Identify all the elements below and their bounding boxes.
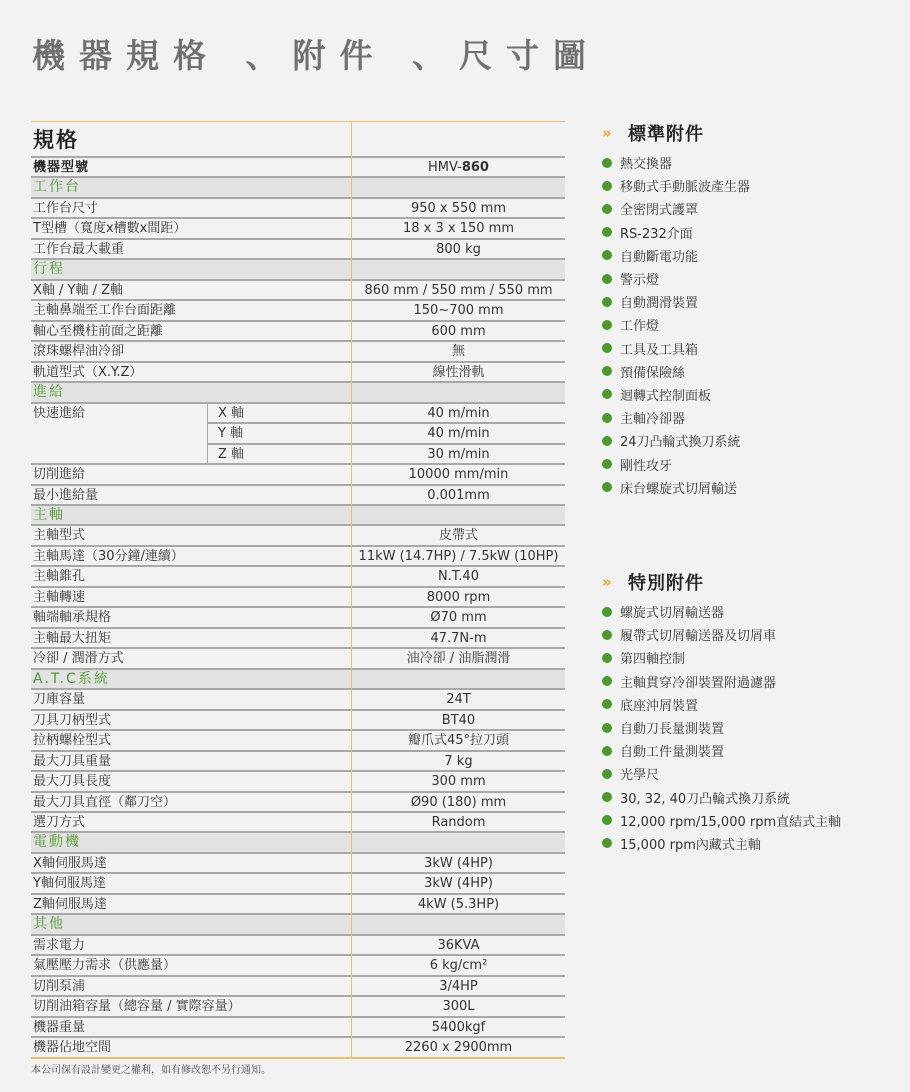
bullet-icon <box>602 723 612 733</box>
accessory-item: 剛性攻牙 <box>602 452 902 475</box>
spec-row: 需求電力36KVA <box>31 936 565 956</box>
accessory-label: 移動式手動脈波產生器 <box>620 176 750 195</box>
accessory-label: 熱交換器 <box>620 153 672 172</box>
spec-label: 冷卻 / 潤滑方式 <box>33 649 124 668</box>
bullet-icon <box>602 389 612 399</box>
bullet-icon <box>602 158 612 168</box>
spec-label: 最大刀具長度 <box>33 772 111 791</box>
spec-row: 切削泵浦3/4HP <box>31 977 565 997</box>
spec-row: 拉柄螺栓型式瓣爪式45°拉刀頭 <box>31 731 565 751</box>
spec-row: 軌道型式（X.Y.Z）線性滑軌 <box>31 363 565 383</box>
spec-value: 40 m/min <box>352 404 565 423</box>
spec-row: 主軸錐孔N.T.40 <box>31 567 565 587</box>
accessory-item: 工具及工具箱 <box>602 337 902 360</box>
spec-label: 快速進給 <box>33 404 85 423</box>
model-label: 機器型號 <box>33 158 89 177</box>
accessory-label: 主軸貫穿冷卻裝置附過濾器 <box>620 672 776 691</box>
spec-label: 切削油箱容量（總容量 / 實際容量） <box>33 997 241 1016</box>
bullet-icon <box>602 676 612 686</box>
spec-label: 主軸型式 <box>33 526 85 545</box>
spec-value: BT40 <box>352 711 565 730</box>
spec-label: 主軸鼻端至工作台面距離 <box>33 301 176 320</box>
spec-row: 滾珠螺桿油冷卻無 <box>31 342 565 362</box>
spec-value: 150~700 mm <box>352 301 565 320</box>
accessory-item: 主軸冷卻器 <box>602 406 902 429</box>
spec-row: T型槽（寬度x槽數x間距）18 x 3 x 150 mm <box>31 219 565 239</box>
spec-table-title-row: 規格 <box>31 122 565 158</box>
accessory-label: 24刀凸輪式換刀系統 <box>620 431 741 450</box>
accessory-item: 主軸貫穿冷卻裝置附過濾器 <box>602 670 902 693</box>
spec-value: 瓣爪式45°拉刀頭 <box>352 731 565 750</box>
section-label: A.T.C系統 <box>33 670 110 689</box>
spec-value: N.T.40 <box>352 567 565 586</box>
spec-label: 軸心至機柱前面之距離 <box>33 322 163 341</box>
spec-label: X軸 / Y軸 / Z軸 <box>33 281 123 300</box>
spec-row: 刀庫容量24T <box>31 690 565 710</box>
section-label: 其他 <box>33 915 65 934</box>
bullet-icon <box>602 343 612 353</box>
bullet-icon <box>602 630 612 640</box>
spec-row: 氣壓壓力需求（供應量）6 kg/cm² <box>31 956 565 976</box>
accessory-item: 30, 32, 40刀凸輪式換刀系統 <box>602 786 902 809</box>
spec-value: 4kW (5.3HP) <box>352 895 565 914</box>
spec-label: 工作台尺寸 <box>33 199 98 218</box>
section-label: 工作台 <box>33 178 81 197</box>
bullet-icon <box>602 482 612 492</box>
spec-table: 規格 機器型號 HMV-860 工作台工作台尺寸950 x 550 mmT型槽（… <box>31 121 565 1059</box>
spec-label: 主軸錐孔 <box>33 567 85 586</box>
accessory-label: 工作燈 <box>620 315 659 334</box>
accessory-item: RS-232介面 <box>602 221 902 244</box>
spec-value: 47.7N-m <box>352 629 565 648</box>
accessory-label: 床台螺旋式切屑輸送 <box>620 478 737 497</box>
section-header-row: 進給 <box>31 383 565 403</box>
spec-value: 800 kg <box>352 240 565 259</box>
spec-value: 7 kg <box>352 752 565 771</box>
spec-value: 5400kgf <box>352 1018 565 1037</box>
accessory-item: 全密閉式護罩 <box>602 197 902 220</box>
accessory-label: 全密閉式護罩 <box>620 199 698 218</box>
spec-row: 切削進給10000 mm/min <box>31 465 565 485</box>
accessory-item: 底座沖屑裝置 <box>602 693 902 716</box>
accessory-label: 30, 32, 40刀凸輪式換刀系統 <box>620 788 790 807</box>
spec-label: 需求電力 <box>33 936 85 955</box>
bullet-icon <box>602 274 612 284</box>
spec-label: 氣壓壓力需求（供應量） <box>33 956 176 975</box>
spec-label: 機器佔地空間 <box>33 1038 111 1057</box>
accessory-item: 履帶式切屑輸送器及切屑車 <box>602 623 902 646</box>
axis-column-divider <box>207 445 208 463</box>
spec-label: 主軸轉速 <box>33 588 85 607</box>
spec-row: 工作台最大載重800 kg <box>31 240 565 260</box>
footnote: 本公司保有設計變更之權利，如有修改恕不另行通知。 <box>31 1061 271 1076</box>
spec-value: 3kW (4HP) <box>352 874 565 893</box>
bullet-icon <box>602 436 612 446</box>
spec-row: 軸心至機柱前面之距離600 mm <box>31 322 565 342</box>
bullet-icon <box>602 413 612 423</box>
spec-label: 拉柄螺栓型式 <box>33 731 111 750</box>
accessory-label: 自動工件量測裝置 <box>620 741 724 760</box>
accessory-item: 自動斷電功能 <box>602 244 902 267</box>
bullet-icon <box>602 653 612 663</box>
spec-label: 最大刀具重量 <box>33 752 111 771</box>
axis-label: Z 軸 <box>218 445 244 464</box>
accessory-label: 預備保險絲 <box>620 362 685 381</box>
spec-row: 主軸馬達（30分鐘/連續）11kW (14.7HP) / 7.5kW (10HP… <box>31 547 565 567</box>
axis-column-divider <box>207 404 208 424</box>
spec-value: 36KVA <box>352 936 565 955</box>
spec-value: 300L <box>352 997 565 1016</box>
bullet-icon <box>602 699 612 709</box>
accessory-label: 履帶式切屑輸送器及切屑車 <box>620 625 776 644</box>
spec-table-title: 規格 <box>33 122 79 158</box>
spec-value: Random <box>352 813 565 832</box>
section-header-row: 工作台 <box>31 178 565 198</box>
spec-row: 最小進給量0.001mm <box>31 486 565 506</box>
spec-label: 軌道型式（X.Y.Z） <box>33 363 142 382</box>
spec-row: 主軸鼻端至工作台面距離150~700 mm <box>31 301 565 321</box>
spec-row: 主軸轉速8000 rpm <box>31 588 565 608</box>
spec-value: 2260 x 2900mm <box>352 1038 565 1057</box>
section-header-row: A.T.C系統 <box>31 670 565 690</box>
spec-label: 切削泵浦 <box>33 977 85 996</box>
bullet-icon <box>602 181 612 191</box>
accessory-item: 15,000 rpm內藏式主軸 <box>602 832 902 855</box>
spec-label: X軸伺服馬達 <box>33 854 107 873</box>
column-divider <box>351 121 352 1058</box>
accessory-label: 工具及工具箱 <box>620 339 698 358</box>
accessory-item: 移動式手動脈波產生器 <box>602 174 902 197</box>
spec-label: Y軸伺服馬達 <box>33 874 106 893</box>
spec-label: 機器重量 <box>33 1018 85 1037</box>
accessory-item: 12,000 rpm/15,000 rpm直結式主軸 <box>602 809 902 832</box>
spec-label: 主軸最大扭矩 <box>33 629 111 648</box>
spec-label: T型槽（寬度x槽數x間距） <box>33 219 186 238</box>
accessory-label: 主軸冷卻器 <box>620 408 685 427</box>
optional-accessories: » 特別附件 螺旋式切屑輸送器履帶式切屑輸送器及切屑車第四軸控制主軸貫穿冷卻裝置… <box>602 570 902 855</box>
accessory-label: 自動斷電功能 <box>620 246 698 265</box>
accessory-item: 螺旋式切屑輸送器 <box>602 600 902 623</box>
model-row: 機器型號 HMV-860 <box>31 158 565 178</box>
accessory-item: 第四軸控制 <box>602 646 902 669</box>
spec-row: 刀具刀柄型式BT40 <box>31 711 565 731</box>
spec-value: 30 m/min <box>352 445 565 464</box>
spec-row: X軸 / Y軸 / Z軸860 mm / 550 mm / 550 mm <box>31 281 565 301</box>
bullet-icon <box>602 297 612 307</box>
spec-row: 最大刀具長度300 mm <box>31 772 565 792</box>
accessory-item: 自動工件量測裝置 <box>602 739 902 762</box>
spec-label: 刀庫容量 <box>33 690 85 709</box>
accessory-item: 光學尺 <box>602 762 902 785</box>
bullet-icon <box>602 204 612 214</box>
page-title: 機器規格 、附件 、尺寸圖 <box>32 30 600 77</box>
accessory-item: 24刀凸輪式換刀系統 <box>602 429 902 452</box>
accessory-label: 12,000 rpm/15,000 rpm直結式主軸 <box>620 811 841 830</box>
spec-value: 油冷卻 / 油脂潤滑 <box>352 649 565 668</box>
bullet-icon <box>602 815 612 825</box>
section-header-row: 其他 <box>31 915 565 935</box>
section-label: 進給 <box>33 383 65 402</box>
spec-value: 950 x 550 mm <box>352 199 565 218</box>
spec-value: 0.001mm <box>352 486 565 505</box>
bullet-icon <box>602 746 612 756</box>
accessory-item: 預備保險絲 <box>602 360 902 383</box>
chevron-right-icon: » <box>602 124 628 142</box>
accessory-item: 自動潤滑裝置 <box>602 290 902 313</box>
spec-row: 機器佔地空間2260 x 2900mm <box>31 1038 565 1058</box>
section-label: 主軸 <box>33 506 65 525</box>
spec-row: 最大刀具直徑（鄰刀空）Ø90 (180) mm <box>31 793 565 813</box>
spec-value: 8000 rpm <box>352 588 565 607</box>
spec-label: 主軸馬達（30分鐘/連續） <box>33 547 184 566</box>
accessory-label: 迴轉式控制面板 <box>620 385 711 404</box>
axis-label: Y 軸 <box>218 424 243 443</box>
spec-value: 皮帶式 <box>352 526 565 545</box>
bullet-icon <box>602 607 612 617</box>
bullet-icon <box>602 250 612 260</box>
accessory-label: 光學尺 <box>620 764 659 783</box>
accessory-item: 熱交換器 <box>602 151 902 174</box>
spec-value: 600 mm <box>352 322 565 341</box>
spec-value: 300 mm <box>352 772 565 791</box>
section-label: 行程 <box>33 260 65 279</box>
spec-row: 主軸最大扭矩47.7N-m <box>31 629 565 649</box>
accessory-label: 自動刀長量測裝置 <box>620 718 724 737</box>
spec-row: 選刀方式Random <box>31 813 565 833</box>
spec-value: 40 m/min <box>352 424 565 443</box>
accessory-label: 自動潤滑裝置 <box>620 292 698 311</box>
spec-value: 6 kg/cm² <box>352 956 565 975</box>
accessory-label: RS-232介面 <box>620 223 693 242</box>
spec-value: Ø70 mm <box>352 608 565 627</box>
spec-label: 刀具刀柄型式 <box>33 711 111 730</box>
accessory-item: 迴轉式控制面板 <box>602 383 902 406</box>
accessory-label: 第四軸控制 <box>620 648 685 667</box>
bullet-icon <box>602 320 612 330</box>
axis-label: X 軸 <box>218 404 244 423</box>
spec-row: Y軸伺服馬達3kW (4HP) <box>31 874 565 894</box>
spec-row: Z軸伺服馬達4kW (5.3HP) <box>31 895 565 915</box>
section-label: 電動機 <box>33 833 81 852</box>
axis-column-divider <box>207 424 208 444</box>
spec-value: 3/4HP <box>352 977 565 996</box>
spec-row: 快速進給X 軸40 m/min <box>31 404 565 424</box>
accessory-label: 警示燈 <box>620 269 659 288</box>
standard-accessories-title: 標準附件 <box>628 120 704 146</box>
spec-row: 工作台尺寸950 x 550 mm <box>31 199 565 219</box>
spec-label: 工作台最大載重 <box>33 240 124 259</box>
spec-label: 最大刀具直徑（鄰刀空） <box>33 793 176 812</box>
section-header-row: 電動機 <box>31 833 565 853</box>
section-header-row: 主軸 <box>31 506 565 526</box>
accessory-item: 自動刀長量測裝置 <box>602 716 902 739</box>
accessory-label: 螺旋式切屑輸送器 <box>620 602 724 621</box>
spec-value: 線性滑軌 <box>352 363 565 382</box>
bullet-icon <box>602 769 612 779</box>
section-header-row: 行程 <box>31 260 565 280</box>
spec-label: Z軸伺服馬達 <box>33 895 107 914</box>
spec-row: 機器重量5400kgf <box>31 1018 565 1038</box>
optional-accessories-title: 特別附件 <box>628 569 704 595</box>
accessory-label: 剛性攻牙 <box>620 455 672 474</box>
accessory-label: 底座沖屑裝置 <box>620 695 698 714</box>
spec-label: 切削進給 <box>33 465 85 484</box>
spec-row: 切削油箱容量（總容量 / 實際容量）300L <box>31 997 565 1017</box>
spec-value: 18 x 3 x 150 mm <box>352 219 565 238</box>
spec-label: 選刀方式 <box>33 813 85 832</box>
spec-label: 最小進給量 <box>33 486 98 505</box>
accessory-item: 警示燈 <box>602 267 902 290</box>
spec-label: 滾珠螺桿油冷卻 <box>33 342 124 361</box>
bullet-icon <box>602 459 612 469</box>
spec-row: 最大刀具重量7 kg <box>31 752 565 772</box>
spec-value: 無 <box>352 342 565 361</box>
spec-value: Ø90 (180) mm <box>352 793 565 812</box>
model-value: HMV-860 <box>352 158 565 177</box>
bullet-icon <box>602 792 612 802</box>
spec-row: Y 軸40 m/min <box>31 424 565 444</box>
accessory-item: 床台螺旋式切屑輸送 <box>602 476 902 499</box>
accessory-label: 15,000 rpm內藏式主軸 <box>620 834 761 853</box>
spec-row: Z 軸30 m/min <box>31 445 565 465</box>
spec-value: 3kW (4HP) <box>352 854 565 873</box>
chevron-right-icon: » <box>602 573 628 591</box>
spec-value: 11kW (14.7HP) / 7.5kW (10HP) <box>352 547 565 566</box>
spec-value: 10000 mm/min <box>352 465 565 484</box>
standard-accessories: » 標準附件 熱交換器移動式手動脈波產生器全密閉式護罩RS-232介面自動斷電功… <box>602 121 902 499</box>
accessory-item: 工作燈 <box>602 313 902 336</box>
bullet-icon <box>602 838 612 848</box>
bullet-icon <box>602 366 612 376</box>
spec-label: 軸端軸承規格 <box>33 608 111 627</box>
spec-value: 24T <box>352 690 565 709</box>
spec-row: 軸端軸承規格Ø70 mm <box>31 608 565 628</box>
spec-row: X軸伺服馬達3kW (4HP) <box>31 854 565 874</box>
spec-value: 860 mm / 550 mm / 550 mm <box>352 281 565 300</box>
spec-row: 主軸型式皮帶式 <box>31 526 565 546</box>
spec-row: 冷卻 / 潤滑方式油冷卻 / 油脂潤滑 <box>31 649 565 669</box>
bullet-icon <box>602 227 612 237</box>
